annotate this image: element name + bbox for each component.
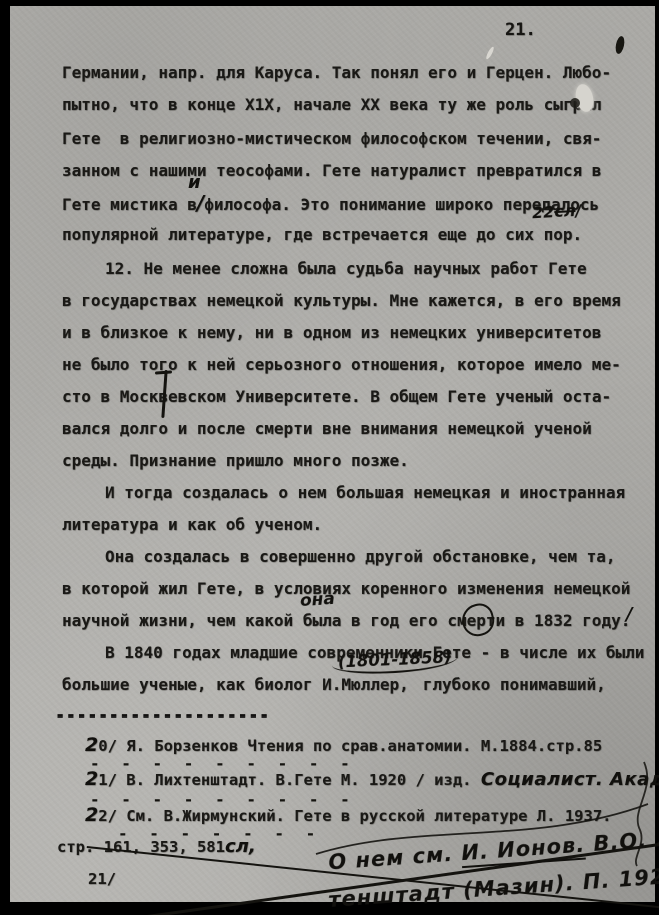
line-segment: глубоко понимавший, bbox=[423, 675, 606, 694]
text-line: Германии, напр. для Каруса. Так понял ег… bbox=[62, 62, 611, 84]
text-line: 12. Не менее сложна была судьба научных … bbox=[105, 258, 587, 280]
line-segment: евском Университете. В общем Гете ученый… bbox=[168, 387, 611, 406]
hand-corrected-digit: 2 bbox=[85, 804, 98, 826]
text-line: литература и как об ученом. bbox=[62, 514, 322, 536]
footnote-text: В. Лихтенштадт. В.Гете М. 1920 / изд. bbox=[117, 771, 481, 789]
paper-scratch bbox=[485, 46, 495, 60]
text-line: Она создалась в совершенно другой обстан… bbox=[105, 546, 616, 568]
hand-corrected-digit: 2 bbox=[85, 734, 98, 756]
text-line: популярной литературе, где встречается е… bbox=[62, 224, 582, 246]
text-line: И тогда создалась о нем большая немецкая… bbox=[105, 482, 625, 504]
line-segment: научной жизни, чем какой была в год его bbox=[62, 611, 447, 630]
ink-spot bbox=[570, 98, 580, 108]
page-number: 21. bbox=[505, 20, 536, 40]
scanned-page: 21. Германии, напр. для Каруса. Так поня… bbox=[0, 0, 659, 915]
margin-footnote-ref: 22сл/ bbox=[532, 201, 582, 223]
footnote-separator: -------------------- bbox=[55, 708, 270, 722]
dates-annotation: (1801-1858) bbox=[332, 647, 459, 675]
inserted-word-annotation: она bbox=[299, 589, 335, 611]
text-line: вался долго и после смерти вне внимания … bbox=[62, 418, 592, 440]
hand-flourish-right bbox=[624, 758, 656, 870]
footnote-number: 1/ bbox=[98, 771, 117, 789]
hand-tick-mark: / bbox=[626, 604, 633, 625]
deletion-mark bbox=[154, 370, 174, 418]
line-segment: в 1832 году. bbox=[505, 611, 630, 630]
correction-loop-mark bbox=[459, 601, 498, 640]
hand-slash: / bbox=[197, 191, 204, 215]
footnote-2: 21/ В. Лихтенштадт. В.Гете М. 1920 / изд… bbox=[85, 768, 659, 791]
inserted-letter-annotation: и bbox=[188, 172, 201, 193]
hand-corrected-digit: 2 bbox=[85, 768, 98, 790]
line-segment: Гете мистика bbox=[62, 195, 187, 214]
text-line: большие ученые, как биолог И.Мюллер,глуб… bbox=[62, 674, 606, 696]
text-line: и в близкое к нему, ни в одном из немецк… bbox=[62, 322, 601, 344]
text-line: занном с нашими теософами. Гете натурали… bbox=[62, 160, 601, 182]
text-line: не было того к ней серьозного отношения,… bbox=[62, 354, 621, 376]
hand-flourish-curve bbox=[310, 794, 655, 860]
ref-slash: / bbox=[575, 201, 582, 220]
text-line: сто в Москвевском Университете. В общем … bbox=[62, 386, 611, 408]
text-line: в которой жил Гете, в условиях коренного… bbox=[62, 578, 630, 600]
text-line: научной жизни, чем какой была в год его … bbox=[62, 610, 630, 632]
line-segment: большие ученые, как биолог И.Мюллер, bbox=[62, 675, 409, 694]
overstruck-letter: в bbox=[187, 195, 197, 214]
text-line: среды. Признание пришло много позже. bbox=[62, 450, 409, 472]
line-segment: сто в Моск bbox=[62, 387, 158, 406]
ref-struck-part: сл bbox=[554, 201, 576, 221]
footnote-text: Я. Борзенков Чтения по срав.анатомии. М.… bbox=[117, 737, 602, 755]
paper-surface: 21. Германии, напр. для Каруса. Так поня… bbox=[10, 6, 655, 902]
footnote-number: 2/ bbox=[98, 807, 117, 825]
text-line: в государствах немецкой культуры. Мне ка… bbox=[62, 290, 621, 312]
text-line: Гете мистика в/философа. Это понимание ш… bbox=[62, 192, 599, 216]
footnote-number: 0/ bbox=[98, 737, 117, 755]
ink-spot bbox=[614, 35, 626, 54]
text-line: Гете в религиозно-мистическом философско… bbox=[62, 128, 601, 150]
ref-number: 22 bbox=[532, 202, 555, 222]
hand-addition: сл, bbox=[225, 836, 256, 857]
text-line: пытно, что в конце Х1Х, начале ХХ века т… bbox=[62, 94, 601, 116]
